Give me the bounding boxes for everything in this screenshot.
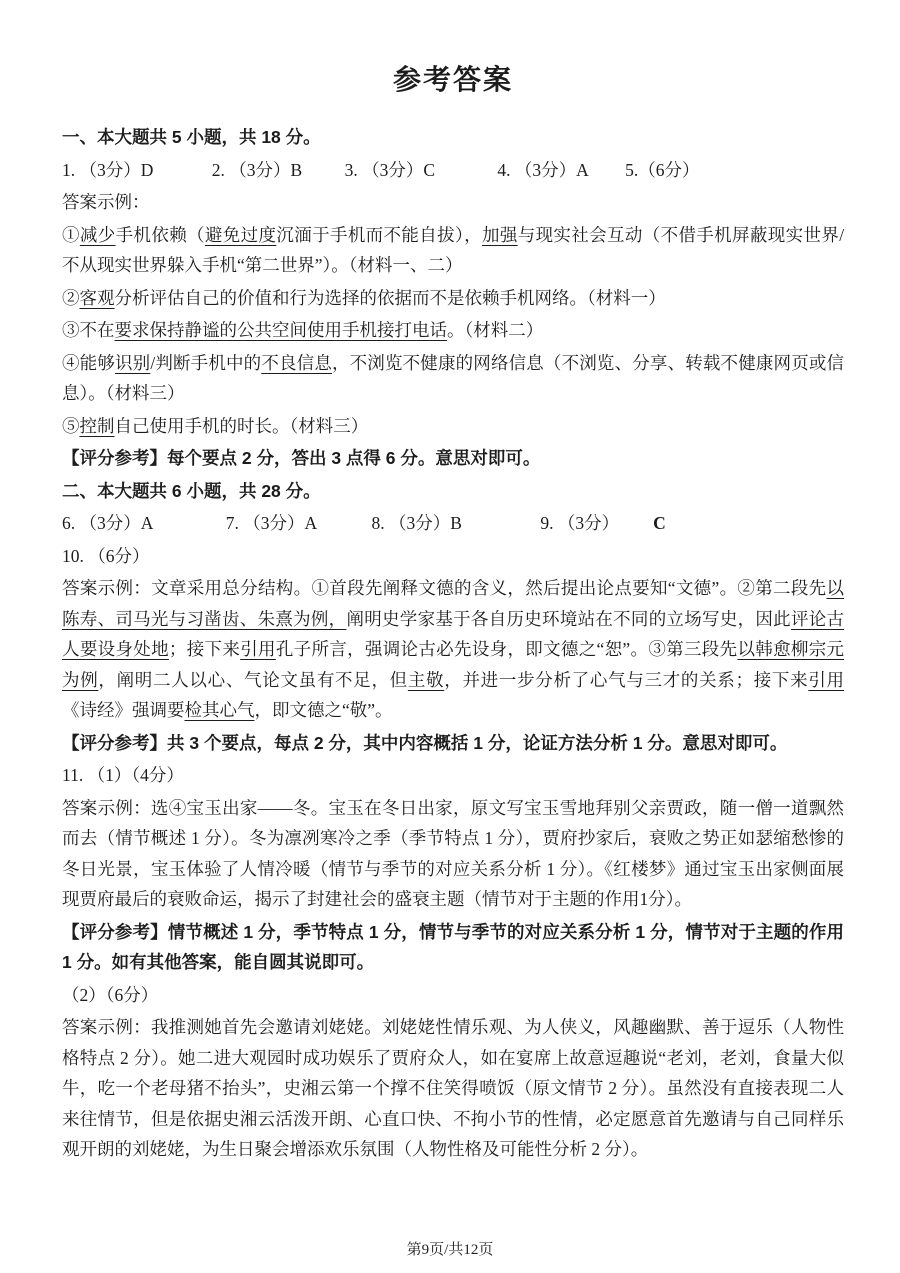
page-title: 参考答案 bbox=[62, 58, 844, 98]
answer-point-4: ④能够识别/判断手机中的不良信息，不浏览不健康的网络信息（不浏览、分享、转载不健… bbox=[62, 348, 844, 409]
q11-1-scoring-note: 【评分参考】情节概述 1 分，季节特点 1 分，情节与季节的对应关系分析 1 分… bbox=[62, 917, 844, 978]
q11-2-answer: 答案示例：我推测她首先会邀请刘姥姥。刘姥姥性情乐观、为人侠义，风趣幽默、善于逗乐… bbox=[62, 1012, 844, 1165]
mc-answer-8: 8. （3分）B bbox=[372, 508, 496, 539]
section-one-heading: 一、本大题共 5 小题，共 18 分。 bbox=[62, 122, 844, 153]
q11-2-label: （2）（6分） bbox=[62, 980, 844, 1011]
mc-answer-3: 3. （3分）C bbox=[345, 155, 435, 186]
answer-point-2: ②客观分析评估自己的价值和行为选择的依据而不是依赖手机网络。（材料一） bbox=[62, 283, 844, 314]
answer-point-5: ⑤控制自己使用手机的时长。（材料三） bbox=[62, 411, 844, 442]
mc-answer-4: 4. （3分）A bbox=[497, 155, 588, 186]
mc-answer-7: 7. （3分）A bbox=[226, 508, 351, 539]
section-one-scoring-note: 【评分参考】每个要点 2 分，答出 3 点得 6 分。意思对即可。 bbox=[62, 443, 844, 474]
mc-answer-6: 6. （3分）A bbox=[62, 508, 187, 539]
mc-answers-1-5: 1. （3分）D 2. （3分）B 3. （3分）C 4. （3分）A 5.（6… bbox=[62, 155, 844, 186]
mc-answers-6-9: 6. （3分）A 7. （3分）A 8. （3分）B 9. （3分）C bbox=[62, 508, 844, 539]
q10-scoring-note: 【评分参考】共 3 个要点，每点 2 分，其中内容概括 1 分，论证方法分析 1… bbox=[62, 728, 844, 759]
mc-answer-2: 2. （3分）B bbox=[212, 155, 302, 186]
q11-1-label: 11. （1）（4分） bbox=[62, 760, 844, 791]
mc-answer-5: 5.（6分） bbox=[625, 155, 699, 186]
answer-example-label: 答案示例： bbox=[62, 187, 844, 218]
page-number: 第9页/共12页 bbox=[0, 1238, 900, 1259]
q11-1-answer: 答案示例：选④宝玉出家——冬。宝玉在冬日出家，原文写宝玉雪地拜别父亲贾政，随一僧… bbox=[62, 793, 844, 915]
answer-key-page: 参考答案 一、本大题共 5 小题，共 18 分。 1. （3分）D 2. （3分… bbox=[0, 0, 900, 1273]
mc-answer-9: 9. （3分）C bbox=[540, 508, 681, 539]
q10-label: 10. （6分） bbox=[62, 541, 844, 572]
answer-point-1: ①减少手机依赖（避免过度沉湎于手机而不能自拔），加强与现实社会互动（不借手机屏蔽… bbox=[62, 220, 844, 281]
q10-answer: 答案示例：文章采用总分结构。①首段先阐释文德的含义，然后提出论点要知“文德”。②… bbox=[62, 573, 844, 726]
answer-point-3: ③不在要求保持静谧的公共空间使用手机接打电话。（材料二） bbox=[62, 315, 844, 346]
mc-answer-1: 1. （3分）D bbox=[62, 155, 153, 186]
section-two-heading: 二、本大题共 6 小题，共 28 分。 bbox=[62, 476, 844, 507]
